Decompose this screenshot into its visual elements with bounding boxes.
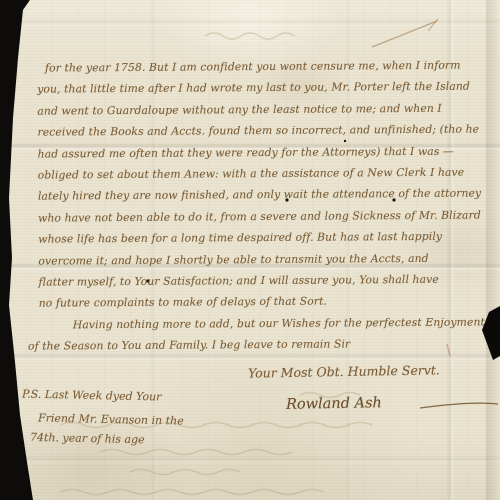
letter-line: you, that little time after I had wrote … <box>37 76 495 101</box>
letter-line: flatter myself, to Your Satisfaction; an… <box>38 268 496 293</box>
paper-crease-horizontal <box>0 455 500 465</box>
letter-line: lately hired they are now finished, and … <box>38 183 496 208</box>
letter-paper: for the year 1758. But I am confident yo… <box>0 0 500 500</box>
paper-crease-horizontal <box>0 18 500 28</box>
letter-line: overcome it; and hope I shortly be able … <box>38 247 496 272</box>
letter-line: had assured me often that they were read… <box>38 140 496 165</box>
letter-line: received the Books and Accts. found them… <box>37 119 495 144</box>
letter-line: whose life has been for a long time desp… <box>38 226 496 251</box>
photo-background: for the year 1758. But I am confident yo… <box>0 0 500 500</box>
letter-line: of the Season to You and Family. I beg l… <box>28 332 497 357</box>
letter-signature: Rowland Ash <box>286 395 382 413</box>
letter-line: Having nothing more to add, but our Wish… <box>39 311 497 336</box>
postscript-line: 74th. year of his age <box>30 431 145 446</box>
letter-body: for the year 1758. But I am confident yo… <box>37 54 497 357</box>
